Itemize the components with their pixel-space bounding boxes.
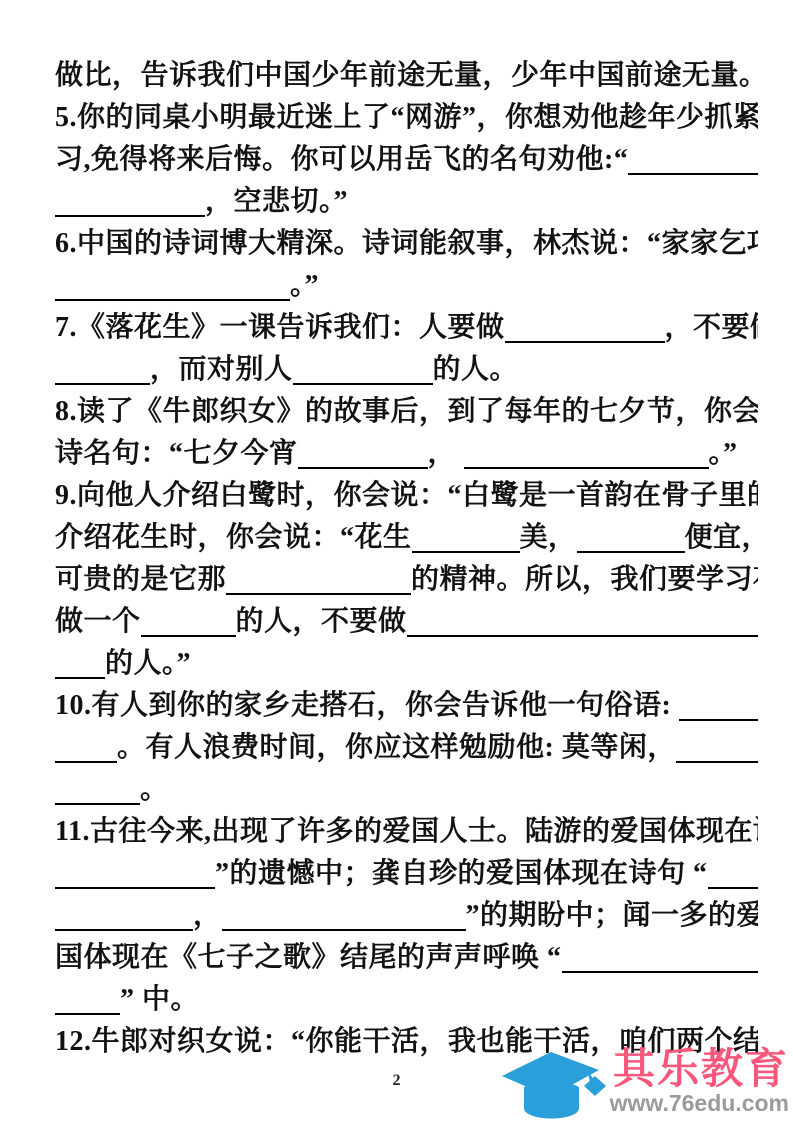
text-line: 介绍花生时，你会说：“花生美，便宜，最: [55, 517, 758, 559]
blank-line: [55, 928, 193, 931]
text-line: 9.向他人介绍白鹭时，你会说：“白鹭是一首韵在骨子里的散文诗。”: [55, 475, 758, 517]
blank-line: [293, 382, 433, 385]
text-segment: 习,免得将来后悔。你可以用岳飞的名句劝他:“: [55, 139, 628, 181]
blank-line: [676, 760, 758, 763]
text-segment: 6.中国的诗词博大精深。诗词能叙事，林杰说：“家家乞巧望秋月，: [55, 223, 758, 265]
blank-line: [55, 298, 290, 301]
text-segment: ”的遗憾中；龚自珍的爱国体现在诗句 “: [215, 853, 708, 895]
blank-line: [222, 928, 466, 931]
blank-line: [55, 1012, 120, 1015]
text-line: 。”: [55, 265, 758, 307]
publisher-logo: 其乐教育 www.76edu.com: [502, 1048, 789, 1122]
text-segment: 做一个: [55, 601, 141, 643]
text-segment: ，: [193, 895, 222, 937]
blank-line: [628, 172, 758, 175]
blank-line: [55, 214, 205, 217]
text-segment: 可贵的是它那: [55, 559, 226, 601]
text-line: ，而对别人的人。: [55, 349, 758, 391]
text-line: ”的遗憾中；龚自珍的爱国体现在诗句 “: [55, 853, 758, 895]
blank-line: [55, 886, 215, 889]
blank-line: [679, 718, 758, 721]
text-segment: 美，: [520, 517, 577, 559]
logo-text: 其乐教育 www.76edu.com: [610, 1048, 789, 1116]
blank-line: [412, 550, 520, 553]
text-segment: ”的期盼中；闻一多的爱: [466, 895, 758, 937]
text-line: 做一个的人，不要做: [55, 601, 758, 643]
text-segment: ，不要做: [665, 307, 758, 349]
text-line: 可贵的是它那的精神。所以，我们要学习花生，: [55, 559, 758, 601]
text-segment: 7.《落花生》一课告诉我们：人要做: [55, 307, 505, 349]
text-segment: 的人，不要做: [236, 601, 407, 643]
blank-line: [505, 340, 665, 343]
text-segment: 5.你的同桌小明最近迷上了“网游”，你想劝他趁年少抓紧时间学: [55, 97, 758, 139]
document-lines: 做比，告诉我们中国少年前途无量，少年中国前途无量。5.你的同桌小明最近迷上了“网…: [55, 55, 758, 1063]
text-segment: 诗名句：“七夕今宵: [55, 433, 298, 475]
logo-brand-name: 其乐教育: [613, 1048, 789, 1090]
graduation-cap-icon: [502, 1050, 606, 1122]
text-line: 。: [55, 769, 758, 811]
text-segment: 11.古往今来,出现了许多的爱国人士。陆游的爱国体现在诗句“: [55, 811, 758, 853]
text-line: 5.你的同桌小明最近迷上了“网游”，你想劝他趁年少抓紧时间学: [55, 97, 758, 139]
blank-line: [55, 382, 150, 385]
text-segment: 介绍花生时，你会说：“花生: [55, 517, 412, 559]
text-segment: ，: [428, 433, 464, 475]
text-segment: 。有人浪费时间，你应这样勉励他: 莫等闲，: [117, 727, 676, 769]
text-line: 8.读了《牛郎织女》的故事后，到了每年的七夕节，你会吟出古: [55, 391, 758, 433]
blank-line: [141, 634, 236, 637]
logo-website-url: www.76edu.com: [610, 1090, 789, 1116]
text-segment: ，而对别人: [150, 349, 293, 391]
text-segment: 做比，告诉我们中国少年前途无量，少年中国前途无量。: [55, 55, 758, 97]
text-segment: 。: [140, 769, 169, 811]
text-segment: 。”: [709, 433, 738, 475]
blank-line: [298, 466, 428, 469]
text-segment: ” 中。: [120, 979, 199, 1021]
text-line: 6.中国的诗词博大精深。诗词能叙事，林杰说：“家家乞巧望秋月，: [55, 223, 758, 265]
text-segment: 国体现在《七子之歌》结尾的声声呼唤 “: [55, 937, 562, 979]
text-segment: 。”: [290, 265, 319, 307]
text-line: 习,免得将来后悔。你可以用岳飞的名句劝他:“，: [55, 139, 758, 181]
blank-line: [577, 550, 685, 553]
text-segment: ，空悲切。”: [205, 181, 348, 223]
blank-line: [562, 970, 758, 973]
text-segment: 的精神。所以，我们要学习花生，: [411, 559, 758, 601]
text-segment: 10.有人到你的家乡走搭石，你会告诉他一句俗语:: [55, 685, 679, 727]
text-line: 7.《落花生》一课告诉我们：人要做，不要做: [55, 307, 758, 349]
blank-line: [55, 802, 140, 805]
text-line: 做比，告诉我们中国少年前途无量，少年中国前途无量。: [55, 55, 758, 97]
text-line: 11.古往今来,出现了许多的爱国人士。陆游的爱国体现在诗句“: [55, 811, 758, 853]
text-line: 诗名句：“七夕今宵， 。”: [55, 433, 758, 475]
blank-line: [226, 592, 411, 595]
text-segment: 的人。”: [105, 643, 191, 685]
blank-line: [55, 760, 117, 763]
text-line: 国体现在《七子之歌》结尾的声声呼唤 “: [55, 937, 758, 979]
text-line: ，”的期盼中；闻一多的爱: [55, 895, 758, 937]
text-line: 10.有人到你的家乡走搭石，你会告诉他一句俗语:: [55, 685, 758, 727]
blank-line: [708, 886, 758, 889]
text-line: ” 中。: [55, 979, 758, 1021]
blank-line: [464, 466, 709, 469]
text-segment: 9.向他人介绍白鹭时，你会说：“白鹭是一首韵在骨子里的散文诗。”: [55, 475, 758, 517]
text-segment: 便宜，最: [685, 517, 758, 559]
text-line: 。有人浪费时间，你应这样勉励他: 莫等闲，，: [55, 727, 758, 769]
blank-line: [407, 634, 758, 637]
blank-line: [55, 676, 105, 679]
document-page: 做比，告诉我们中国少年前途无量，少年中国前途无量。5.你的同桌小明最近迷上了“网…: [0, 0, 793, 1122]
text-segment: 8.读了《牛郎织女》的故事后，到了每年的七夕节，你会吟出古: [55, 391, 758, 433]
text-segment: 的人。: [433, 349, 519, 391]
text-line: 的人。”: [55, 643, 758, 685]
text-line: ，空悲切。”: [55, 181, 758, 223]
